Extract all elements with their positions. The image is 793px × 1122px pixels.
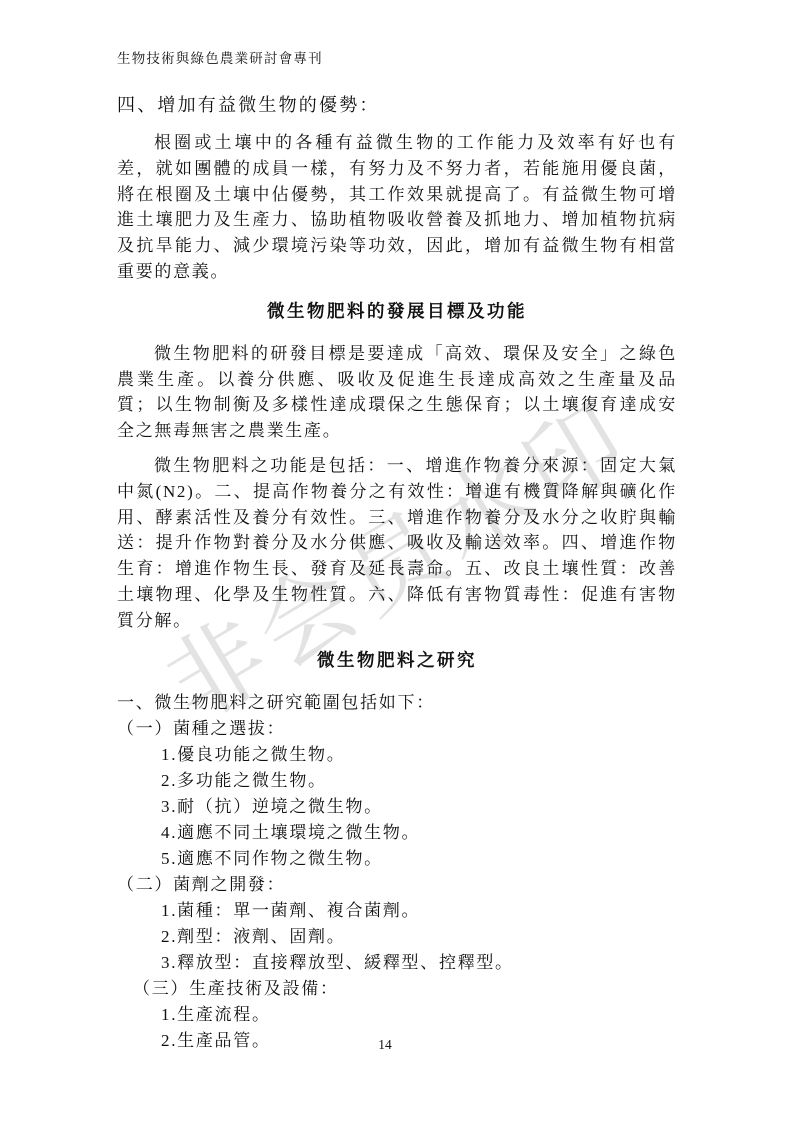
list-item-strain-2: 2.多功能之微生物。 xyxy=(161,768,677,794)
list-item-production-tech: （三）生產技術及設備： xyxy=(133,976,677,1002)
paragraph-development-goals: 微生物肥料的研發目標是要達成「高效、環保及安全」之綠色農業生產。以養分供應、吸收… xyxy=(117,341,677,444)
list-item-scope-intro: 一、微生物肥料之研究範圍包括如下： xyxy=(117,690,677,716)
section-title-benefits: 四、增加有益微生物的優勢： xyxy=(117,93,677,117)
paragraph-functions: 微生物肥料之功能是包括：一、增進作物養分來源：固定大氣中氮(N2)。二、提高作物… xyxy=(117,453,677,634)
list-item-strain-5: 5.適應不同作物之微生物。 xyxy=(161,846,677,872)
list-item-strain-3: 3.耐（抗）逆境之微生物。 xyxy=(161,794,677,820)
research-scope-list: 一、微生物肥料之研究範圍包括如下： （一）菌種之選拔： 1.優良功能之微生物。 … xyxy=(117,690,677,1054)
heading-research: 微生物肥料之研究 xyxy=(117,649,677,671)
list-item-strain-1: 1.優良功能之微生物。 xyxy=(161,742,677,768)
list-item-strain-selection: （一）菌種之選拔： xyxy=(117,716,677,742)
list-item-strain-4: 4.適應不同土壤環境之微生物。 xyxy=(161,820,677,846)
list-item-inoculant-2: 2.劑型：液劑、固劑。 xyxy=(161,924,677,950)
journal-header: 生物技術與綠色農業研討會專刊 xyxy=(117,47,323,67)
paragraph-benefits: 根圈或土壤中的各種有益微生物的工作能力及效率有好也有差，就如團體的成員一樣，有努… xyxy=(117,130,677,285)
list-item-inoculant-dev: （二）菌劑之開發： xyxy=(117,872,677,898)
page-content: 四、增加有益微生物的優勢： 根圈或土壤中的各種有益微生物的工作能力及效率有好也有… xyxy=(117,93,677,1054)
heading-development-goals: 微生物肥料的發展目標及功能 xyxy=(117,300,677,322)
document-page: 非会员水印 生物技術與綠色農業研討會專刊 四、增加有益微生物的優勢： 根圈或土壤… xyxy=(0,0,793,1122)
page-number: 14 xyxy=(0,1037,770,1053)
list-item-production-1: 1.生產流程。 xyxy=(161,1002,677,1028)
list-item-inoculant-1: 1.菌種：單一菌劑、複合菌劑。 xyxy=(161,898,677,924)
list-item-inoculant-3: 3.釋放型：直接釋放型、緩釋型、控釋型。 xyxy=(161,950,677,976)
